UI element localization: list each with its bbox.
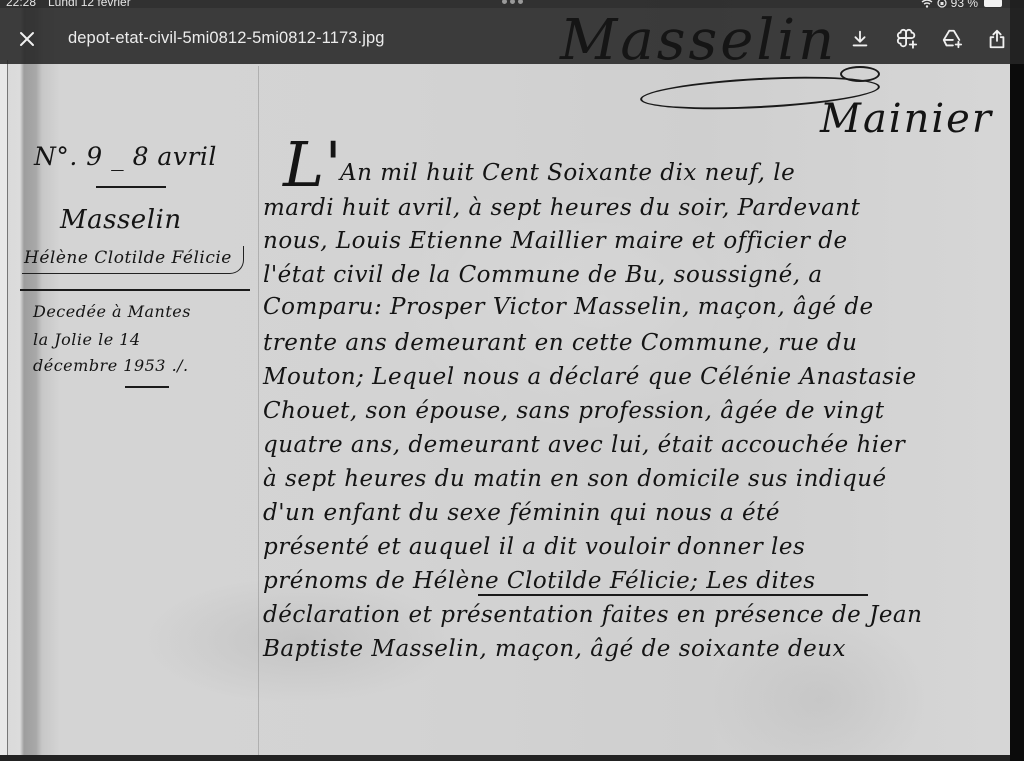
margin-rule <box>258 66 259 761</box>
page-right-edge <box>1010 0 1024 761</box>
close-icon <box>19 31 35 47</box>
download-button[interactable] <box>847 26 873 52</box>
status-time: 22:28 <box>6 0 36 9</box>
margin-end-dash <box>125 386 169 388</box>
record-number-date: N°. 9 _ 8 avril <box>34 142 217 171</box>
signature-flourish-loop <box>840 66 880 82</box>
document-image[interactable]: Mainier N°. 9 _ 8 avril Masselin Hélène … <box>0 0 1010 761</box>
body-line: l'état civil de la Commune de Bu, soussi… <box>263 262 823 288</box>
lens-add-icon <box>896 28 918 50</box>
battery-icon <box>984 0 1002 7</box>
add-to-drive-button[interactable] <box>939 26 965 52</box>
body-line: d'un enfant du sexe féminin qui nous a é… <box>263 500 780 526</box>
body-line: mardi huit avril, à sept heures du soir,… <box>263 195 860 221</box>
body-line: déclaration et présentation faites en pr… <box>263 602 922 628</box>
orientation-lock-icon <box>937 0 947 8</box>
multitasking-dots[interactable] <box>502 0 523 4</box>
drive-add-icon <box>941 28 963 50</box>
record-number-underline <box>96 186 166 188</box>
page-bottom-edge <box>0 755 1010 761</box>
lens-search-button[interactable] <box>894 26 920 52</box>
download-icon <box>849 28 871 50</box>
initial-letter: L' <box>283 128 342 201</box>
signature-mainier: Mainier <box>820 96 993 142</box>
body-line: nous, Louis Etienne Maillier maire et of… <box>263 228 848 254</box>
signature-masselin: Masselin <box>560 8 837 73</box>
body-line: Comparu: Prosper Victor Masselin, maçon,… <box>263 294 874 320</box>
status-date: Lundi 12 février <box>48 0 131 9</box>
share-icon <box>986 28 1008 50</box>
viewer-toolbar: Masselin depot-etat-civil-5mi0812-5mi081… <box>0 8 1024 64</box>
body-line: Chouet, son épouse, sans profession, âgé… <box>263 398 884 424</box>
body-line: à sept heures du matin en son domicile s… <box>263 466 887 492</box>
page-binding-edge <box>0 60 8 761</box>
body-line: Mouton; Lequel nous a déclaré que Céléni… <box>263 364 917 390</box>
death-note-line: Decedée à Mantes <box>33 302 191 321</box>
margin-surname: Masselin <box>60 205 182 235</box>
battery-percent: 93 % <box>951 0 978 10</box>
child-name-underline <box>478 594 868 596</box>
screen: Mainier N°. 9 _ 8 avril Masselin Hélène … <box>0 0 1024 761</box>
status-bar: 22:28 Lundi 12 février 93 % <box>0 0 1024 8</box>
margin-divider <box>20 289 250 291</box>
body-line: présenté et auquel il a dit vouloir donn… <box>263 534 805 560</box>
body-line: An mil huit Cent Soixante dix neuf, le <box>340 160 795 186</box>
body-line: trente ans demeurant en cette Commune, r… <box>263 330 857 356</box>
wifi-icon <box>921 0 933 8</box>
death-note-line: la Jolie le 14 <box>33 330 141 349</box>
margin-given-names: Hélène Clotilde Félicie <box>24 248 232 268</box>
close-button[interactable] <box>14 26 40 52</box>
status-indicators: 93 % <box>921 0 1002 10</box>
body-line: Baptiste Masselin, maçon, âgé de soixant… <box>263 636 846 662</box>
share-button[interactable] <box>984 26 1010 52</box>
file-name-title: depot-etat-civil-5mi0812-5mi0812-1173.jp… <box>68 29 385 48</box>
body-line: quatre ans, demeurant avec lui, était ac… <box>263 432 905 458</box>
body-line: prénoms de Hélène Clotilde Félicie; Les … <box>263 568 816 594</box>
death-note-line: décembre 1953 ./. <box>33 356 189 375</box>
